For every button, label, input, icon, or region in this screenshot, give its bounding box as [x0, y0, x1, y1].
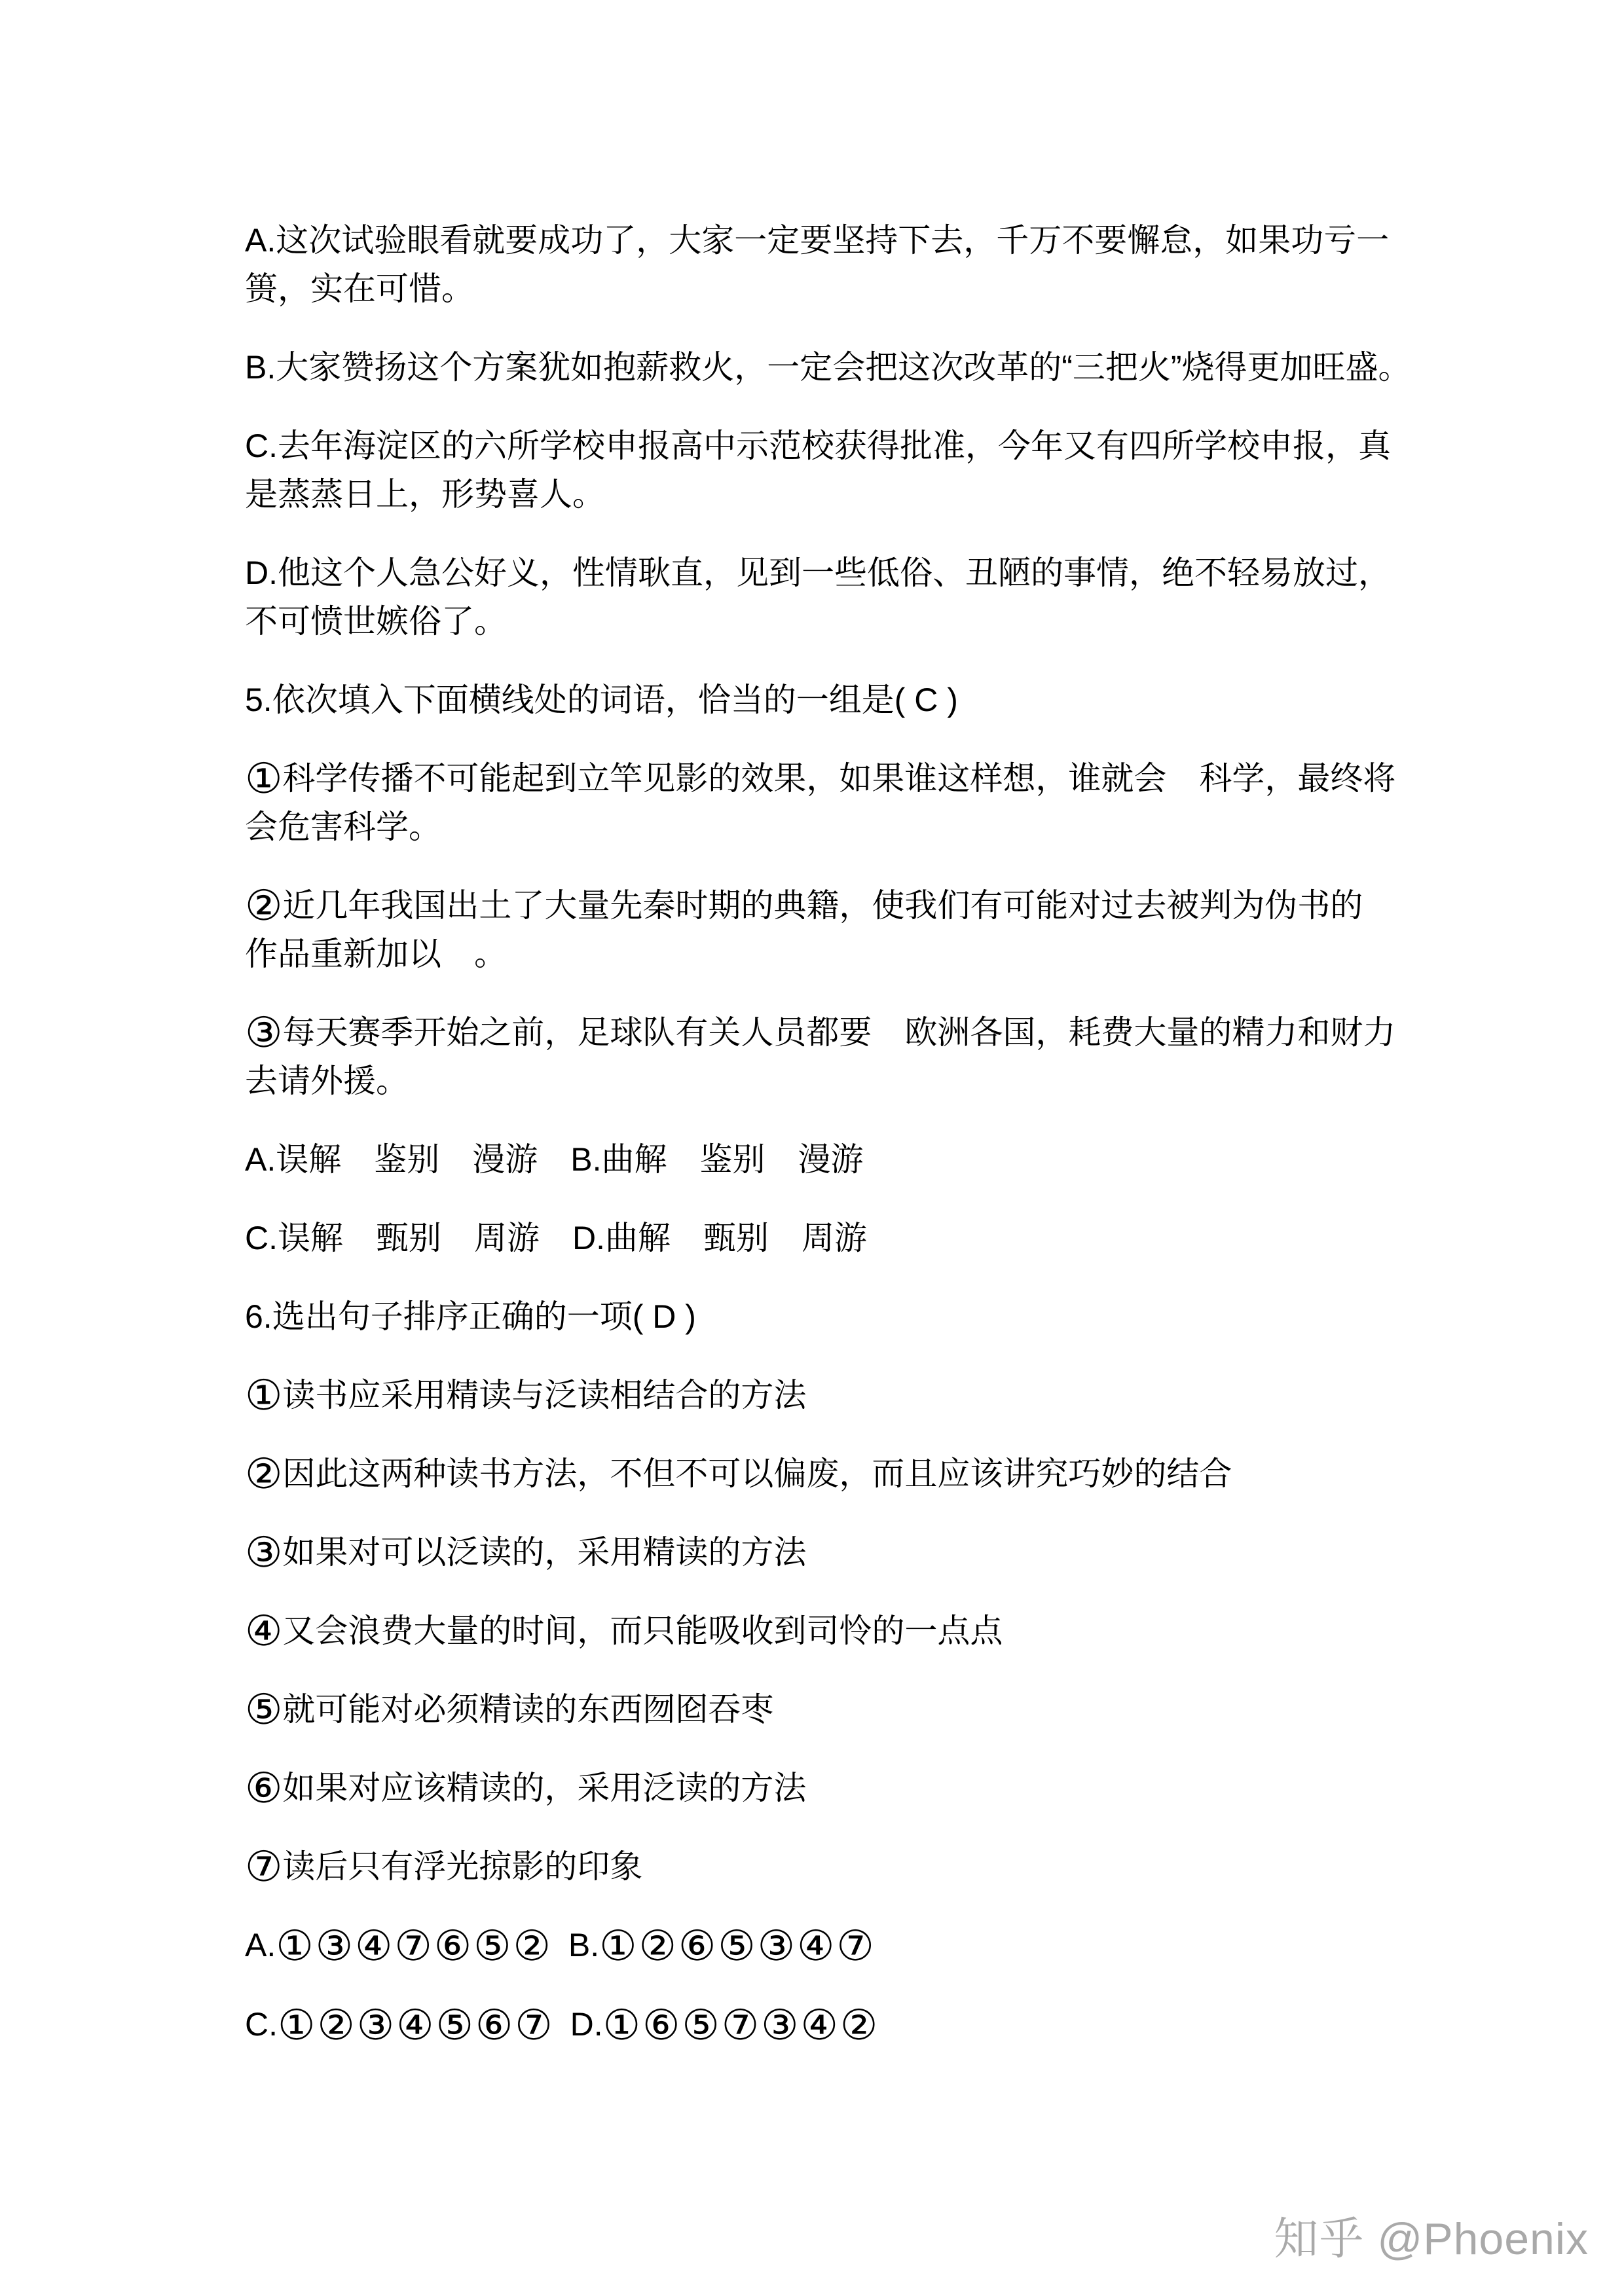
- option-label: C.: [245, 2006, 278, 2043]
- item-text: 就可能对必须精读的东西囫囵吞枣: [282, 1691, 773, 1728]
- circled-number-marker: ④: [245, 1607, 282, 1654]
- question6-item-2: ②因此这两种读书方法，不但不可以偏废，而且应该讲究巧妙的结合: [245, 1449, 1600, 1498]
- question5-stem: 5.依次填入下面横线处的词语，恰当的一组是( C ): [245, 676, 1600, 724]
- question6-answer-row-cd: C.①②③④⑤⑥⑦D.①⑥⑤⑦③④②: [245, 2000, 1600, 2049]
- question6-item-6: ⑥如果对应该精读的，采用泛读的方法: [245, 1764, 1600, 1812]
- circled-number-marker: ①: [245, 755, 282, 802]
- circled-number-marker: ②: [245, 882, 282, 929]
- circled-number-marker: ⑤: [245, 1686, 282, 1733]
- question4-option-c: C.去年海淀区的六所学校申报高中示范校获得批准，今年又有四所学校申报，真 是蒸蒸…: [245, 422, 1600, 519]
- options-text: C.误解 甄别 周游 D.曲解 甄别 周游: [245, 1220, 867, 1256]
- option-label: A.: [245, 1927, 276, 1963]
- item-text: 近几年我国出土了大量先秦时期的典籍，使我们有可能对过去被判为伪书的 作品重新加以…: [245, 887, 1363, 972]
- question4-option-d: D.他这个人急公好义，性情耿直，见到一些低俗、丑陋的事情，绝不轻易放过， 不可愤…: [245, 549, 1600, 646]
- circled-sequence: ①②⑥⑤③④⑦: [599, 1922, 876, 1969]
- circled-sequence: ①②③④⑤⑥⑦: [278, 2001, 555, 2049]
- circled-number-marker: ③: [245, 1009, 282, 1056]
- item-text: 读书应采用精读与泛读相结合的方法: [282, 1377, 806, 1413]
- circled-number-marker: ②: [245, 1450, 282, 1497]
- item-text: 每天赛季开始之前，足球队有关人员都要 欧洲各国，耗费大量的精力和财力 去请外援。: [245, 1014, 1395, 1099]
- question4-option-b: B.大家赞扬这个方案犹如抱薪救火，一定会把这次改革的“三把火”烧得更加旺盛。: [245, 343, 1600, 392]
- question5-item-2: ②近几年我国出土了大量先秦时期的典籍，使我们有可能对过去被判为伪书的 作品重新加…: [245, 881, 1600, 978]
- question5-item-3: ③每天赛季开始之前，足球队有关人员都要 欧洲各国，耗费大量的精力和财力 去请外援…: [245, 1008, 1600, 1105]
- circled-sequence: ①⑥⑤⑦③④②: [603, 2001, 880, 2049]
- question6-answer-row-ab: A.①③④⑦⑥⑤②B.①②⑥⑤③④⑦: [245, 1921, 1600, 1970]
- option-text: A.这次试验眼看就要成功了，大家一定要坚持下去，千万不要懈怠，如果功亏一 篑，实…: [245, 222, 1389, 307]
- item-text: 科学传播不可能起到立竿见影的效果，如果谁这样想，谁就会 科学，最终将 会危害科学…: [245, 760, 1395, 845]
- options-text: A.误解 鉴别 漫游 B.曲解 鉴别 漫游: [245, 1141, 863, 1178]
- circled-number-marker: ③: [245, 1529, 282, 1576]
- question5-options-row-cd: C.误解 甄别 周游 D.曲解 甄别 周游: [245, 1214, 1600, 1262]
- document-page: A.这次试验眼看就要成功了，大家一定要坚持下去，千万不要懈怠，如果功亏一 篑，实…: [245, 216, 1600, 2079]
- item-text: 读后只有浮光掠影的印象: [282, 1848, 642, 1885]
- question6-item-1: ①读书应采用精读与泛读相结合的方法: [245, 1371, 1600, 1419]
- circled-number-marker: ⑦: [245, 1843, 282, 1890]
- question6-item-7: ⑦读后只有浮光掠影的印象: [245, 1842, 1600, 1891]
- zhihu-watermark: 知乎 @Phoenix: [1274, 2204, 1589, 2267]
- circled-number-marker: ①: [245, 1372, 282, 1419]
- question5-options-row-ab: A.误解 鉴别 漫游 B.曲解 鉴别 漫游: [245, 1135, 1600, 1184]
- item-text: 如果对应该精读的，采用泛读的方法: [282, 1770, 806, 1806]
- question5-item-1: ①科学传播不可能起到立竿见影的效果，如果谁这样想，谁就会 科学，最终将 会危害科…: [245, 754, 1600, 851]
- question6-stem: 6.选出句子排序正确的一项( D ): [245, 1292, 1600, 1341]
- option-text: C.去年海淀区的六所学校申报高中示范校获得批准，今年又有四所学校申报，真 是蒸蒸…: [245, 428, 1391, 513]
- option-label: B.: [568, 1927, 599, 1963]
- question6-item-5: ⑤就可能对必须精读的东西囫囵吞枣: [245, 1685, 1600, 1734]
- item-text: 如果对可以泛读的，采用精读的方法: [282, 1534, 806, 1571]
- option-label: D.: [570, 2006, 603, 2043]
- item-text: 又会浪费大量的时间，而只能吸收到司怜的一点点: [282, 1613, 1003, 1649]
- question4-option-a: A.这次试验眼看就要成功了，大家一定要坚持下去，千万不要懈怠，如果功亏一 篑，实…: [245, 216, 1600, 313]
- option-text: B.大家赞扬这个方案犹如抱薪救火，一定会把这次改革的“三把火”烧得更加旺盛。: [245, 349, 1411, 386]
- circled-number-marker: ⑥: [245, 1764, 282, 1812]
- option-text: D.他这个人急公好义，性情耿直，见到一些低俗、丑陋的事情，绝不轻易放过， 不可愤…: [245, 555, 1391, 640]
- question6-item-4: ④又会浪费大量的时间，而只能吸收到司怜的一点点: [245, 1607, 1600, 1655]
- question6-item-3: ③如果对可以泛读的，采用精读的方法: [245, 1528, 1600, 1576]
- item-text: 因此这两种读书方法，不但不可以偏废，而且应该讲究巧妙的结合: [282, 1455, 1232, 1492]
- circled-sequence: ①③④⑦⑥⑤②: [276, 1922, 553, 1969]
- stem-text: 5.依次填入下面横线处的词语，恰当的一组是( C ): [245, 682, 958, 718]
- stem-text: 6.选出句子排序正确的一项( D ): [245, 1298, 696, 1335]
